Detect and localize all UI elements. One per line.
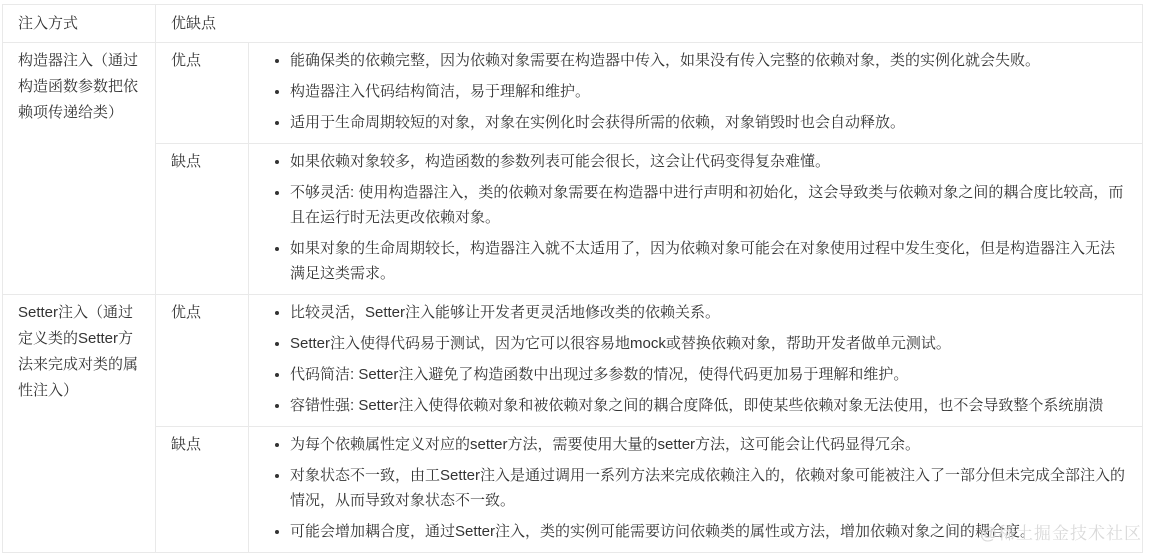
- bullet-list: 为每个依赖属性定义对应的setter方法，需要使用大量的setter方法，这可能…: [264, 432, 1127, 544]
- table-row-constructor-pros: 构造器注入（通过构造函数参数把依赖项传递给类） 优点 能确保类的依赖完整，因为依…: [3, 43, 1143, 144]
- section-label-pros: 优点: [156, 295, 249, 427]
- injection-comparison-table: 注入方式 优缺点 构造器注入（通过构造函数参数把依赖项传递给类） 优点 能确保类…: [2, 4, 1143, 553]
- items-cell-constructor-pros: 能确保类的依赖完整，因为依赖对象需要在构造器中传入，如果没有传入完整的依赖对象，…: [249, 43, 1143, 144]
- article-table-page: 注入方式 优缺点 构造器注入（通过构造函数参数把依赖项传递给类） 优点 能确保类…: [0, 0, 1150, 553]
- col-header-pros-cons: 优缺点: [156, 5, 1143, 43]
- table-row-setter-cons: 缺点 为每个依赖属性定义对应的setter方法，需要使用大量的setter方法，…: [3, 427, 1143, 553]
- items-cell-constructor-cons: 如果依赖对象较多，构造函数的参数列表可能会很长，这会让代码变得复杂难懂。 不够灵…: [249, 144, 1143, 295]
- list-item: 比较灵活，Setter注入能够让开发者更灵活地修改类的依赖关系。: [290, 300, 1127, 325]
- section-label-pros: 优点: [156, 43, 249, 144]
- list-item: 构造器注入代码结构简洁，易于理解和维护。: [290, 79, 1127, 104]
- list-item: 适用于生命周期较短的对象，对象在实例化时会获得所需的依赖，对象销毁时也会自动释放…: [290, 110, 1127, 135]
- list-item: 代码简洁: Setter注入避免了构造函数中出现过多参数的情况，使得代码更加易于…: [290, 362, 1127, 387]
- list-item: 容错性强: Setter注入使得依赖对象和被依赖对象之间的耦合度降低，即使某些依…: [290, 393, 1127, 418]
- method-cell-setter-injection: Setter注入（通过定义类的Setter方法来完成对类的属性注入）: [3, 295, 156, 553]
- items-cell-setter-pros: 比较灵活，Setter注入能够让开发者更灵活地修改类的依赖关系。 Setter注…: [249, 295, 1143, 427]
- list-item: 如果对象的生命周期较长，构造器注入就不太适用了，因为依赖对象可能会在对象使用过程…: [290, 236, 1127, 286]
- items-cell-setter-cons: 为每个依赖属性定义对应的setter方法，需要使用大量的setter方法，这可能…: [249, 427, 1143, 553]
- bullet-list: 比较灵活，Setter注入能够让开发者更灵活地修改类的依赖关系。 Setter注…: [264, 300, 1127, 418]
- bullet-list: 能确保类的依赖完整，因为依赖对象需要在构造器中传入，如果没有传入完整的依赖对象，…: [264, 48, 1127, 135]
- table-row-constructor-cons: 缺点 如果依赖对象较多，构造函数的参数列表可能会很长，这会让代码变得复杂难懂。 …: [3, 144, 1143, 295]
- col-header-injection-method: 注入方式: [3, 5, 156, 43]
- table-row-setter-pros: Setter注入（通过定义类的Setter方法来完成对类的属性注入） 优点 比较…: [3, 295, 1143, 427]
- list-item: Setter注入使得代码易于测试，因为它可以很容易地mock或替换依赖对象，帮助…: [290, 331, 1127, 356]
- list-item: 可能会增加耦合度，通过Setter注入，类的实例可能需要访问依赖类的属性或方法，…: [290, 519, 1127, 544]
- list-item: 如果依赖对象较多，构造函数的参数列表可能会很长，这会让代码变得复杂难懂。: [290, 149, 1127, 174]
- bullet-list: 如果依赖对象较多，构造函数的参数列表可能会很长，这会让代码变得复杂难懂。 不够灵…: [264, 149, 1127, 286]
- list-item: 为每个依赖属性定义对应的setter方法，需要使用大量的setter方法，这可能…: [290, 432, 1127, 457]
- list-item: 能确保类的依赖完整，因为依赖对象需要在构造器中传入，如果没有传入完整的依赖对象，…: [290, 48, 1127, 73]
- header-row: 注入方式 优缺点: [3, 5, 1143, 43]
- list-item: 不够灵活: 使用构造器注入，类的依赖对象需要在构造器中进行声明和初始化，这会导致…: [290, 180, 1127, 230]
- method-cell-constructor-injection: 构造器注入（通过构造函数参数把依赖项传递给类）: [3, 43, 156, 295]
- section-label-cons: 缺点: [156, 427, 249, 553]
- section-label-cons: 缺点: [156, 144, 249, 295]
- list-item: 对象状态不一致，由工Setter注入是通过调用一系列方法来完成依赖注入的，依赖对…: [290, 463, 1127, 513]
